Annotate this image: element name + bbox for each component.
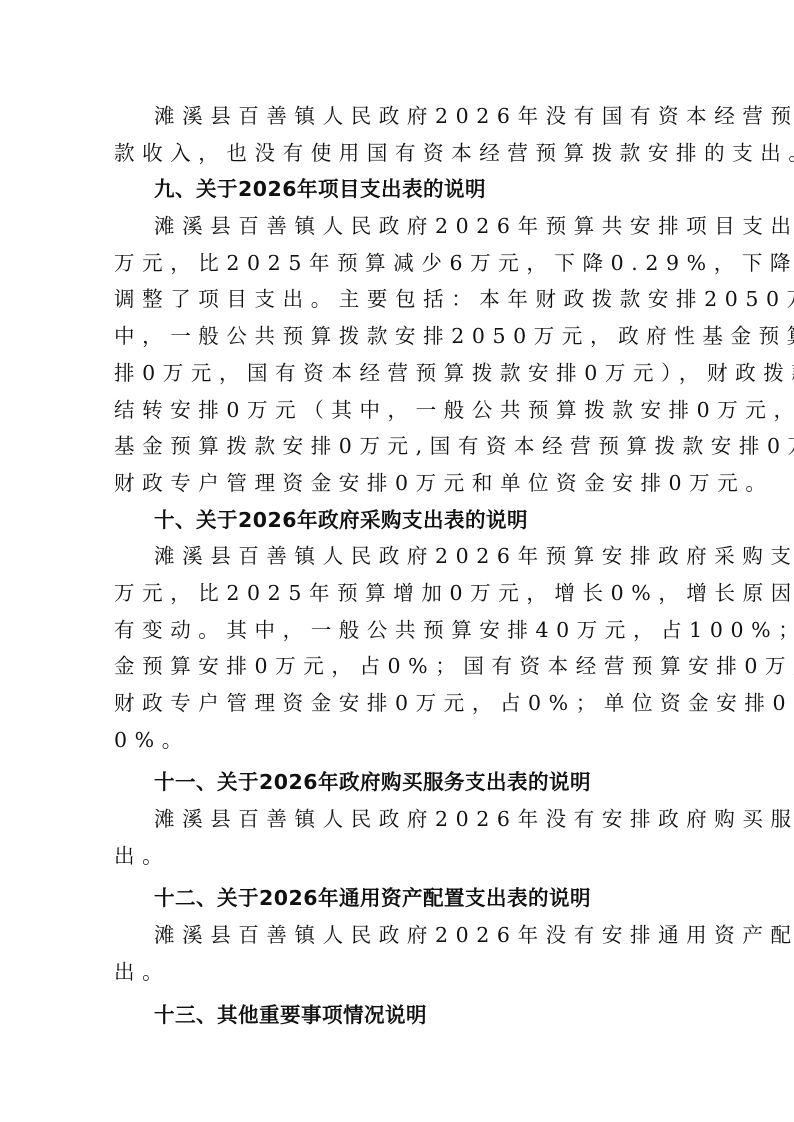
paragraph-line: 万元，比2025年预算增加0万元，增长0%，增长原因主要是没: [114, 575, 684, 612]
paragraph-line: 滩溪县百善镇人民政府2026年预算共安排项目支出2050: [114, 208, 684, 245]
section-heading-11: 十一、关于2026年政府购买服务支出表的说明: [114, 764, 684, 801]
paragraph-line: 滩溪县百善镇人民政府2026年预算安排政府采购支出40: [114, 538, 684, 575]
paragraph-line: 款收入，也没有使用国有资本经营预算拨款安排的支出。: [114, 135, 684, 172]
paragraph-line: 滩溪县百善镇人民政府2026年没有国有资本经营预算拨: [114, 98, 684, 135]
paragraph-line: 排0万元，国有资本经营预算拨款安排0万元），财政拨款上年: [114, 355, 684, 392]
paragraph-line: 财政专户管理资金安排0万元，占0%；单位资金安排0万元，占: [114, 685, 684, 722]
paragraph-line: 财政专户管理资金安排0万元和单位资金安排0万元。: [114, 465, 684, 502]
paragraph-line: 结转安排0万元（其中，一般公共预算拨款安排0万元，政府性: [114, 392, 684, 429]
section-heading-10: 十、关于2026年政府采购支出表的说明: [114, 502, 684, 539]
paragraph-project-expenditure: 滩溪县百善镇人民政府2026年预算共安排项目支出2050 万元，比2025年预算…: [114, 208, 684, 502]
section-heading-13: 十三、其他重要事项情况说明: [114, 997, 684, 1034]
paragraph-asset-allocation: 滩溪县百善镇人民政府2026年没有安排通用资产配置支 出。: [114, 917, 684, 990]
section-heading-9: 九、关于2026年项目支出表的说明: [114, 171, 684, 208]
paragraph-line: 调整了项目支出。主要包括：本年财政拨款安排2050万元（其: [114, 281, 684, 318]
paragraph-line: 万元，比2025年预算减少6万元，下降0.29%，下降原因主要是: [114, 245, 684, 282]
document-page: 滩溪县百善镇人民政府2026年没有国有资本经营预算拨 款收入，也没有使用国有资本…: [114, 98, 684, 1033]
paragraph-line: 出。: [114, 954, 684, 991]
section-heading-12: 十二、关于2026年通用资产配置支出表的说明: [114, 880, 684, 917]
paragraph-line: 中，一般公共预算拨款安排2050万元，政府性基金预算拨款安: [114, 318, 684, 355]
paragraph-line: 基金预算拨款安排0万元,国有资本经营预算拨款安排0万元）、: [114, 428, 684, 465]
paragraph-purchased-services: 滩溪县百善镇人民政府2026年没有安排政府购买服务支 出。: [114, 801, 684, 874]
paragraph-line: 出。: [114, 838, 684, 875]
paragraph-government-procurement: 滩溪县百善镇人民政府2026年预算安排政府采购支出40 万元，比2025年预算增…: [114, 538, 684, 758]
paragraph-line: 金预算安排0万元，占0%；国有资本经营预算安排0万元，占0%；: [114, 648, 684, 685]
paragraph-line: 滩溪县百善镇人民政府2026年没有安排政府购买服务支: [114, 801, 684, 838]
paragraph-line: 滩溪县百善镇人民政府2026年没有安排通用资产配置支: [114, 917, 684, 954]
paragraph-line: 0%。: [114, 722, 684, 759]
paragraph-state-capital-budget: 滩溪县百善镇人民政府2026年没有国有资本经营预算拨 款收入，也没有使用国有资本…: [114, 98, 684, 171]
paragraph-line: 有变动。其中，一般公共预算安排40万元，占100%；政府性基: [114, 612, 684, 649]
